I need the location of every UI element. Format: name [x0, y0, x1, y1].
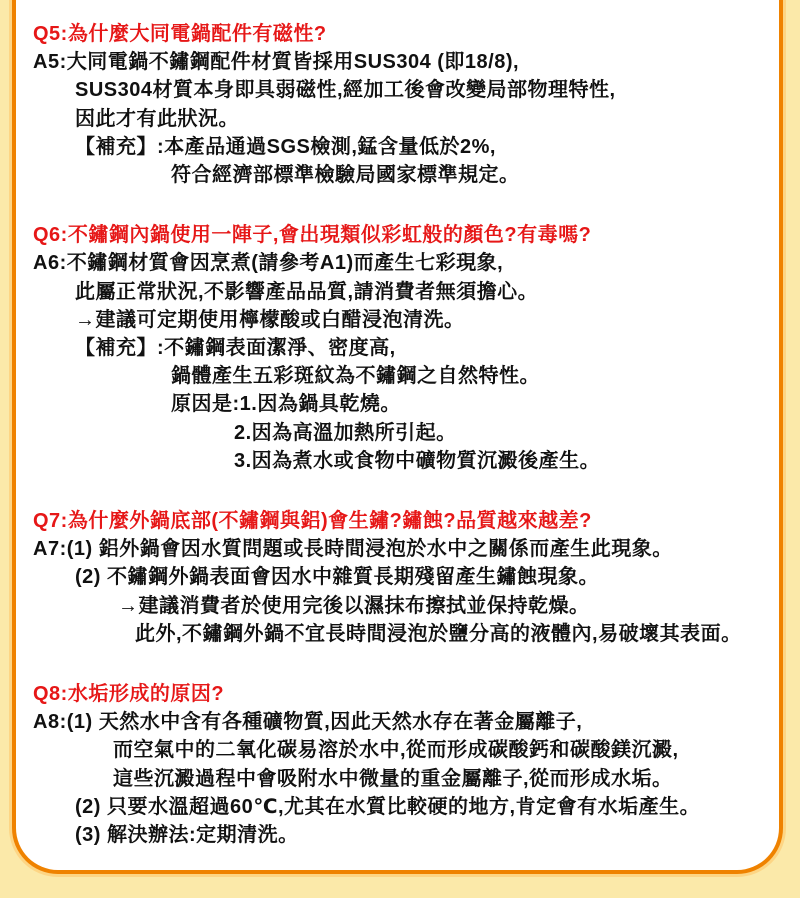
answer-line: A6:不鏽鋼材質會因烹煮(請參考A1)而產生七彩現象,	[16, 249, 779, 277]
answer-line: (2) 不鏽鋼外鍋表面會因水中雜質長期殘留產生鏽蝕現象。	[16, 563, 779, 591]
answer-supplement-line: 【補充】:本產品通過SGS檢測,錳含量低於2%,	[16, 133, 779, 161]
answer-line: SUS304材質本身即具弱磁性,經加工後會改變局部物理特性,	[16, 76, 779, 104]
answer-line: 2.因為高溫加熱所引起。	[16, 419, 779, 447]
answer-line: 而空氣中的二氧化碳易溶於水中,從而形成碳酸鈣和碳酸鎂沉澱,	[16, 736, 779, 764]
answer-line: 符合經濟部標準檢驗局國家標準規定。	[16, 161, 779, 189]
answer-supplement-line: 【補充】:不鏽鋼表面潔淨、密度高,	[16, 334, 779, 362]
answer-suggestion-line: →建議消費者於使用完後以濕抹布擦拭並保持乾燥。	[16, 592, 779, 620]
answer-line: (3) 解決辦法:定期清洗。	[16, 821, 779, 849]
answer-line: A8:(1) 天然水中含有各種礦物質,因此天然水存在著金屬離子,	[16, 708, 779, 736]
faq-card: Q5:為什麼大同電鍋配件有磁性? A5:大同電鍋不鏽鋼配件材質皆採用SUS304…	[12, 0, 783, 874]
answer-line: (2) 只要水溫超過60℃,尤其在水質比較硬的地方,肯定會有水垢產生。	[16, 793, 779, 821]
faq-block-q7: Q7:為什麼外鍋底部(不鏽鋼與鋁)會生鏽?鏽蝕?品質越來越差? A7:(1) 鋁…	[16, 507, 779, 648]
answer-line: A7:(1) 鋁外鍋會因水質問題或長時間浸泡於水中之關係而產生此現象。	[16, 535, 779, 563]
question-title: Q5:為什麼大同電鍋配件有磁性?	[16, 20, 779, 48]
answer-line: 3.因為煮水或食物中礦物質沉澱後產生。	[16, 447, 779, 475]
faq-block-q8: Q8:水垢形成的原因? A8:(1) 天然水中含有各種礦物質,因此天然水存在著金…	[16, 680, 779, 849]
question-title: Q8:水垢形成的原因?	[16, 680, 779, 708]
answer-line: 此外,不鏽鋼外鍋不宜長時間浸泡於鹽分高的液體內,易破壞其表面。	[16, 620, 779, 648]
answer-line: 因此才有此狀況。	[16, 105, 779, 133]
faq-block-q6: Q6:不鏽鋼內鍋使用一陣子,會出現類似彩虹般的顏色?有毒嗎? A6:不鏽鋼材質會…	[16, 221, 779, 475]
answer-line: A5:大同電鍋不鏽鋼配件材質皆採用SUS304 (即18/8),	[16, 48, 779, 76]
page-background: Q5:為什麼大同電鍋配件有磁性? A5:大同電鍋不鏽鋼配件材質皆採用SUS304…	[0, 0, 800, 898]
answer-line: 鍋體產生五彩斑紋為不鏽鋼之自然特性。	[16, 362, 779, 390]
answer-line: 這些沉澱過程中會吸附水中微量的重金屬離子,從而形成水垢。	[16, 765, 779, 793]
answer-suggestion-line: →建議可定期使用檸檬酸或白醋浸泡清洗。	[16, 306, 779, 334]
question-title: Q6:不鏽鋼內鍋使用一陣子,會出現類似彩虹般的顏色?有毒嗎?	[16, 221, 779, 249]
answer-line: 此屬正常狀況,不影響產品品質,請消費者無須擔心。	[16, 278, 779, 306]
answer-line: 原因是:1.因為鍋具乾燒。	[16, 390, 779, 418]
faq-block-q5: Q5:為什麼大同電鍋配件有磁性? A5:大同電鍋不鏽鋼配件材質皆採用SUS304…	[16, 20, 779, 189]
question-title: Q7:為什麼外鍋底部(不鏽鋼與鋁)會生鏽?鏽蝕?品質越來越差?	[16, 507, 779, 535]
